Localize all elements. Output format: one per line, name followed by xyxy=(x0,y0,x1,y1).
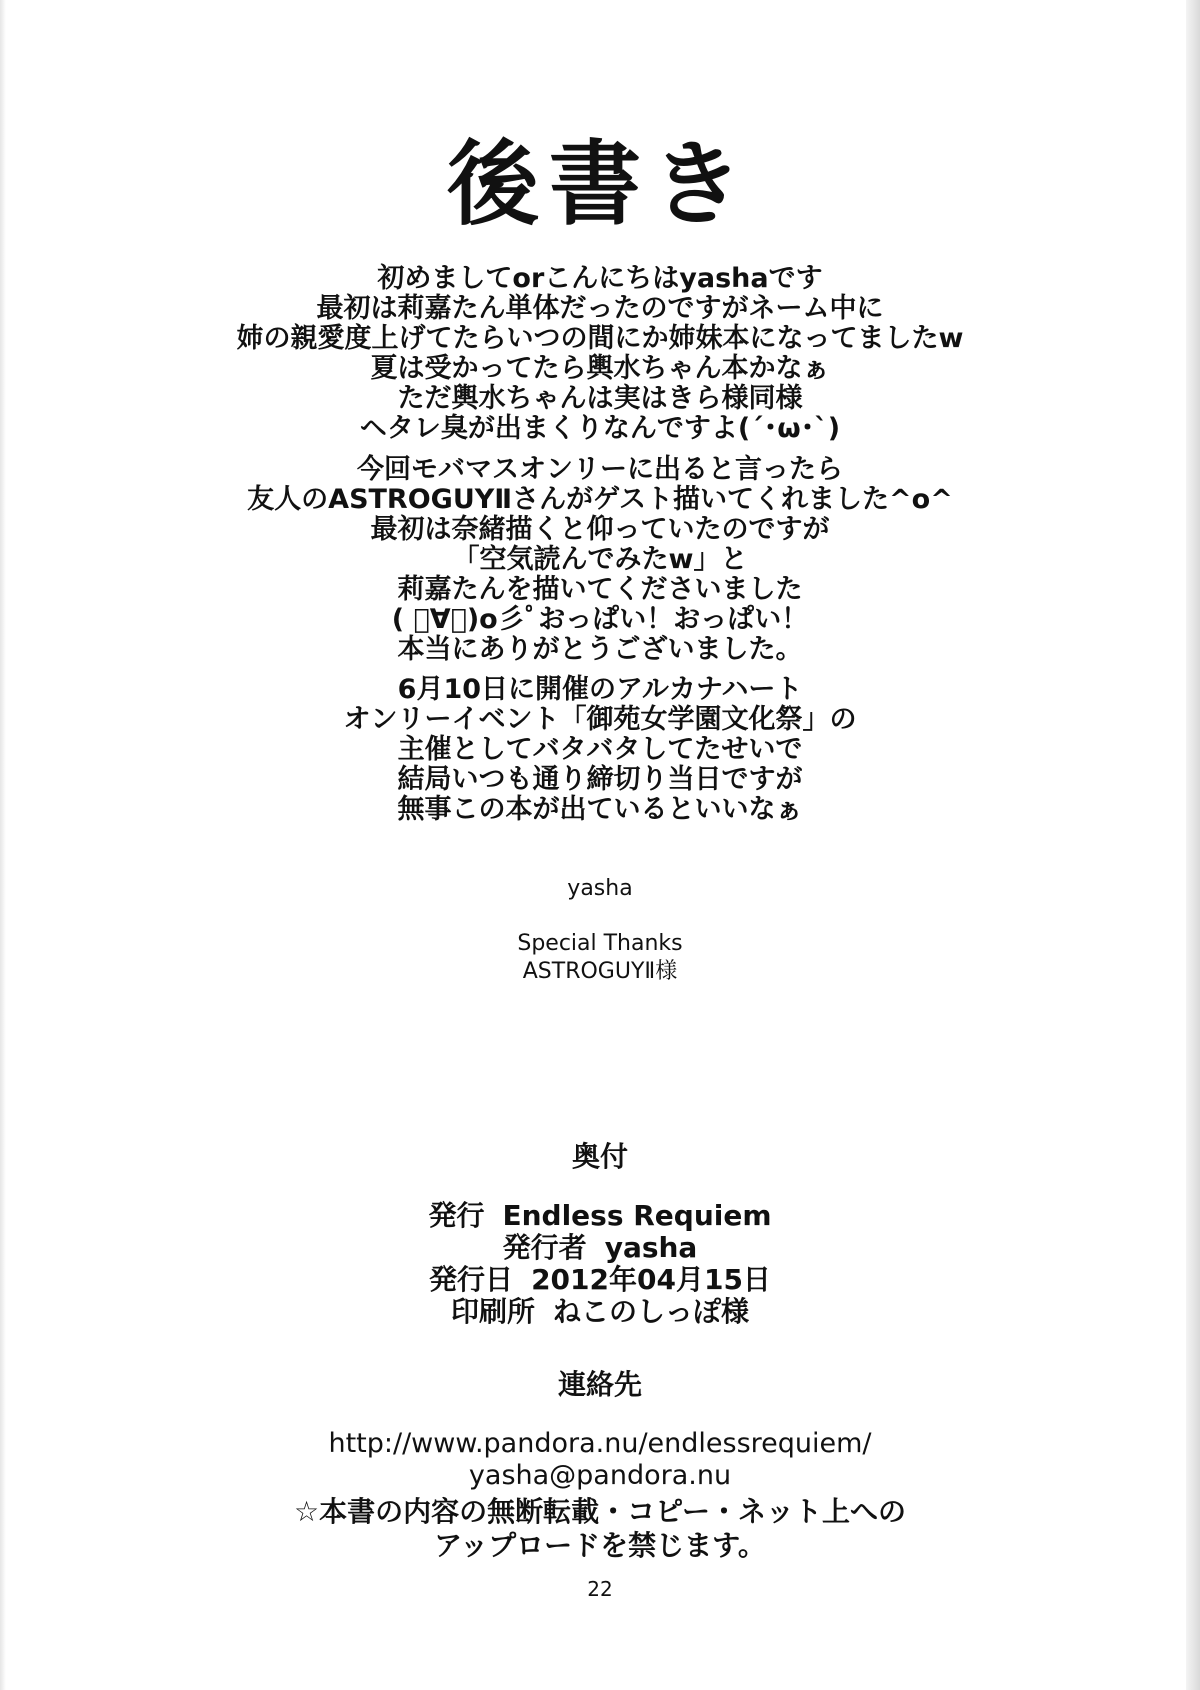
colophon-label: 発行日 xyxy=(429,1263,513,1296)
colophon-row-date: 発行日2012年04月15日 xyxy=(0,1264,1200,1296)
page-title: 後書き xyxy=(0,130,1200,240)
text-line: 最初は莉嘉たん単体だったのですがネーム中に xyxy=(0,294,1200,324)
text-line: ( ﾟ∀ﾟ)o彡ﾟおっぱい！おっぱい！ xyxy=(0,605,1200,635)
copyright-notice: ☆本書の内容の無断転載・コピー・ネット上への アップロードを禁じます。 xyxy=(0,1495,1200,1563)
special-thanks-name: ASTROGUYⅡ様 xyxy=(0,958,1200,986)
afterword-paragraph-1: 初めましてorこんにちはyashaです 最初は莉嘉たん単体だったのですがネーム中… xyxy=(0,264,1200,444)
colophon-value: Endless Requiem xyxy=(502,1199,771,1232)
text-line: 結局いつも通り締切り当日ですが xyxy=(0,765,1200,795)
page-number: 22 xyxy=(0,1577,1200,1601)
text-line: 夏は受かってたら輿水ちゃん本かなぁ xyxy=(0,354,1200,384)
special-thanks: Special Thanks ASTROGUYⅡ様 xyxy=(0,930,1200,986)
text-line: 姉の親愛度上げてたらいつの間にか姉妹本になってましたw xyxy=(0,324,1200,354)
text-line: オンリーイベント「御苑女学園文化祭」の xyxy=(0,705,1200,735)
text-line: 今回モバマスオンリーに出ると言ったら xyxy=(0,455,1200,485)
text-line: 友人のASTROGUYⅡさんがゲスト描いてくれました^o^ xyxy=(0,485,1200,515)
colophon-row-publisher: 発行Endless Requiem xyxy=(0,1200,1200,1232)
colophon-value: yasha xyxy=(605,1231,698,1264)
text-line: ☆本書の内容の無断転載・コピー・ネット上への xyxy=(0,1495,1200,1529)
text-line: 「空気読んでみたw」と xyxy=(0,545,1200,575)
colophon-details: 発行Endless Requiem 発行者yasha 発行日2012年04月15… xyxy=(0,1200,1200,1328)
text-line: 主催としてバタバタしてたせいで xyxy=(0,735,1200,765)
afterword-paragraph-2: 今回モバマスオンリーに出ると言ったら 友人のASTROGUYⅡさんがゲスト描いて… xyxy=(0,455,1200,665)
text-line: 本当にありがとうございました。 xyxy=(0,635,1200,665)
text-line: 莉嘉たんを描いてくださいました xyxy=(0,575,1200,605)
colophon-heading: 奥付 xyxy=(0,1135,1200,1175)
email-link[interactable]: yasha@pandora.nu xyxy=(469,1460,731,1491)
colophon-label: 発行者 xyxy=(503,1231,587,1264)
colophon-value: 2012年04月15日 xyxy=(531,1263,771,1296)
colophon-label: 印刷所 xyxy=(451,1295,535,1328)
text-line: ヘタレ臭が出まくりなんですよ(´･ω･`) xyxy=(0,414,1200,444)
text-line: ただ輿水ちゃんは実はきら様同様 xyxy=(0,384,1200,414)
author-signature: yasha xyxy=(0,876,1200,901)
text-line: 初めましてorこんにちはyashaです xyxy=(0,264,1200,294)
colophon-row-printer: 印刷所ねこのしっぽ様 xyxy=(0,1296,1200,1328)
text-line: 6月10日に開催のアルカナハート xyxy=(0,675,1200,705)
colophon-label: 発行 xyxy=(428,1199,484,1232)
contact-heading: 連絡先 xyxy=(0,1363,1200,1403)
colophon-value: ねこのしっぽ様 xyxy=(553,1295,749,1328)
text-line: 最初は奈緒描くと仰っていたのですが xyxy=(0,515,1200,545)
website-link[interactable]: http://www.pandora.nu/endlessrequiem/ xyxy=(328,1428,871,1459)
text-line: アップロードを禁じます。 xyxy=(0,1529,1200,1563)
contact-info: http://www.pandora.nu/endlessrequiem/ ya… xyxy=(0,1428,1200,1492)
text-line: 無事この本が出ているといいなぁ xyxy=(0,795,1200,825)
special-thanks-label: Special Thanks xyxy=(0,930,1200,958)
afterword-paragraph-3: 6月10日に開催のアルカナハート オンリーイベント「御苑女学園文化祭」の 主催と… xyxy=(0,675,1200,825)
colophon-row-author: 発行者yasha xyxy=(0,1232,1200,1264)
